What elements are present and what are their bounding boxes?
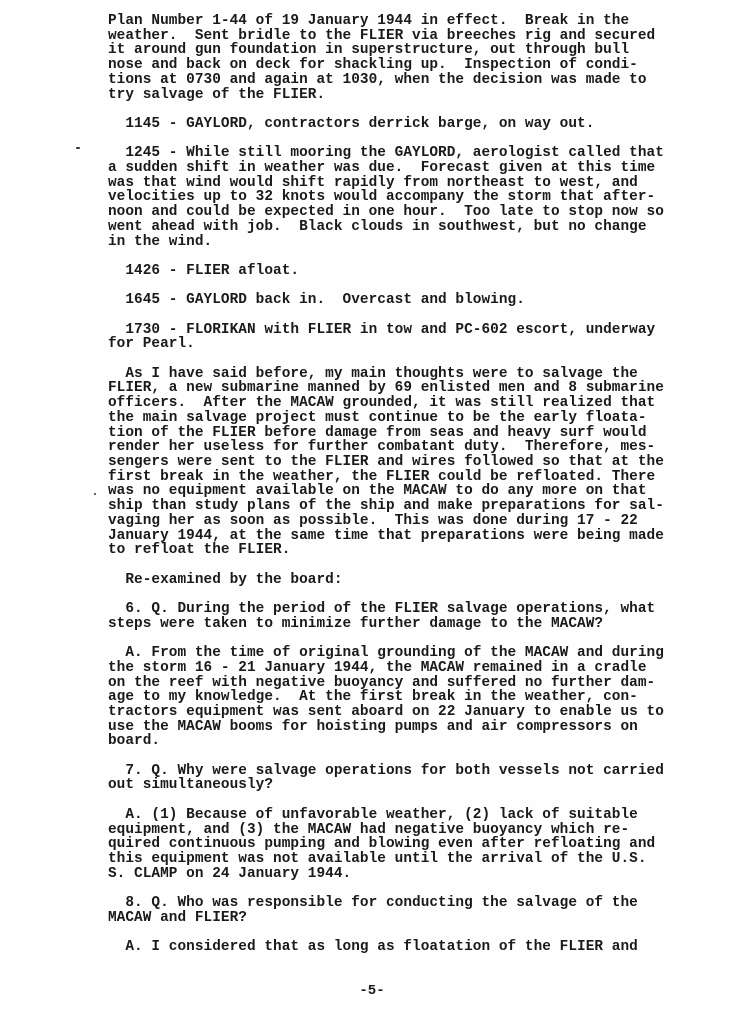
- text-line: Plan Number 1-44 of 19 January 1944 in e…: [108, 14, 708, 29]
- text-line: quired continuous pumping and blowing ev…: [108, 837, 708, 852]
- text-line: 7. Q. Why were salvage operations for bo…: [108, 764, 708, 779]
- text-line: 1245 - While still mooring the GAYLORD, …: [108, 146, 708, 161]
- text-line: tractors equipment was sent aboard on 22…: [108, 705, 708, 720]
- text-line: MACAW and FLIER?: [108, 911, 708, 926]
- text-line: on the reef with negative buoyancy and s…: [108, 676, 708, 691]
- statement-paragraph: As I have said before, my main thoughts …: [108, 367, 708, 558]
- text-line: tion of the FLIER before damage from sea…: [108, 426, 708, 441]
- question-8: 8. Q. Who was responsible for conducting…: [108, 896, 708, 925]
- text-line: age to my knowledge. At the first break …: [108, 690, 708, 705]
- question-7: 7. Q. Why were salvage operations for bo…: [108, 764, 708, 793]
- text-line: was that wind would shift rapidly from n…: [108, 176, 708, 191]
- text-line: try salvage of the FLIER.: [108, 88, 708, 103]
- document-page: Plan Number 1-44 of 19 January 1944 in e…: [0, 0, 744, 1024]
- reexamined-heading: Re-examined by the board:: [108, 573, 708, 588]
- text-line: Re-examined by the board:: [108, 573, 708, 588]
- text-line: tions at 0730 and again at 1030, when th…: [108, 73, 708, 88]
- text-line: January 1944, at the same time that prep…: [108, 529, 708, 544]
- log-1730: 1730 - FLORIKAN with FLIER in tow and PC…: [108, 323, 708, 352]
- scan-speck: [76, 147, 80, 149]
- text-line: render her useless for further combatant…: [108, 440, 708, 455]
- log-1145: 1145 - GAYLORD, contractors derrick barg…: [108, 117, 708, 132]
- text-line: 1145 - GAYLORD, contractors derrick barg…: [108, 117, 708, 132]
- answer-6: A. From the time of original grounding o…: [108, 646, 708, 749]
- text-line: A. (1) Because of unfavorable weather, (…: [108, 808, 708, 823]
- text-line: 6. Q. During the period of the FLIER sal…: [108, 602, 708, 617]
- text-line: ship than study plans of the ship and ma…: [108, 499, 708, 514]
- text-line: 8. Q. Who was responsible for conducting…: [108, 896, 708, 911]
- scan-speck: [94, 493, 96, 495]
- text-line: for Pearl.: [108, 337, 708, 352]
- question-6: 6. Q. During the period of the FLIER sal…: [108, 602, 708, 631]
- text-line: 1645 - GAYLORD back in. Overcast and blo…: [108, 293, 708, 308]
- text-line: A. From the time of original grounding o…: [108, 646, 708, 661]
- answer-7: A. (1) Because of unfavorable weather, (…: [108, 808, 708, 882]
- text-line: officers. After the MACAW grounded, it w…: [108, 396, 708, 411]
- text-line: in the wind.: [108, 235, 708, 250]
- text-line: it around gun foundation in superstructu…: [108, 43, 708, 58]
- text-line: a sudden shift in weather was due. Forec…: [108, 161, 708, 176]
- text-line: the storm 16 - 21 January 1944, the MACA…: [108, 661, 708, 676]
- text-line: sengers were sent to the FLIER and wires…: [108, 455, 708, 470]
- text-line: FLIER, a new submarine manned by 69 enli…: [108, 381, 708, 396]
- text-line: went ahead with job. Black clouds in sou…: [108, 220, 708, 235]
- text-line: this equipment was not available until t…: [108, 852, 708, 867]
- text-line: S. CLAMP on 24 January 1944.: [108, 867, 708, 882]
- text-line: use the MACAW booms for hoisting pumps a…: [108, 720, 708, 735]
- page-number: -5-: [0, 983, 744, 999]
- log-1245: 1245 - While still mooring the GAYLORD, …: [108, 146, 708, 249]
- text-line: equipment, and (3) the MACAW had negativ…: [108, 823, 708, 838]
- text-line: velocities up to 32 knots would accompan…: [108, 190, 708, 205]
- text-line: the main salvage project must continue t…: [108, 411, 708, 426]
- log-1645: 1645 - GAYLORD back in. Overcast and blo…: [108, 293, 708, 308]
- text-line: vaging her as soon as possible. This was…: [108, 514, 708, 529]
- document-body: Plan Number 1-44 of 19 January 1944 in e…: [108, 14, 708, 969]
- text-line: A. I considered that as long as floatati…: [108, 940, 708, 955]
- text-line: 1730 - FLORIKAN with FLIER in tow and PC…: [108, 323, 708, 338]
- answer-8: A. I considered that as long as floatati…: [108, 940, 708, 955]
- text-line: noon and could be expected in one hour. …: [108, 205, 708, 220]
- text-line: first break in the weather, the FLIER co…: [108, 470, 708, 485]
- text-line: weather. Sent bridle to the FLIER via br…: [108, 29, 708, 44]
- text-line: board.: [108, 734, 708, 749]
- log-1426: 1426 - FLIER afloat.: [108, 264, 708, 279]
- text-line: nose and back on deck for shackling up. …: [108, 58, 708, 73]
- text-line: was no equipment available on the MACAW …: [108, 484, 708, 499]
- text-line: As I have said before, my main thoughts …: [108, 367, 708, 382]
- text-line: steps were taken to minimize further dam…: [108, 617, 708, 632]
- text-line: to refloat the FLIER.: [108, 543, 708, 558]
- text-line: out simultaneously?: [108, 778, 708, 793]
- plan-paragraph: Plan Number 1-44 of 19 January 1944 in e…: [108, 14, 708, 102]
- text-line: 1426 - FLIER afloat.: [108, 264, 708, 279]
